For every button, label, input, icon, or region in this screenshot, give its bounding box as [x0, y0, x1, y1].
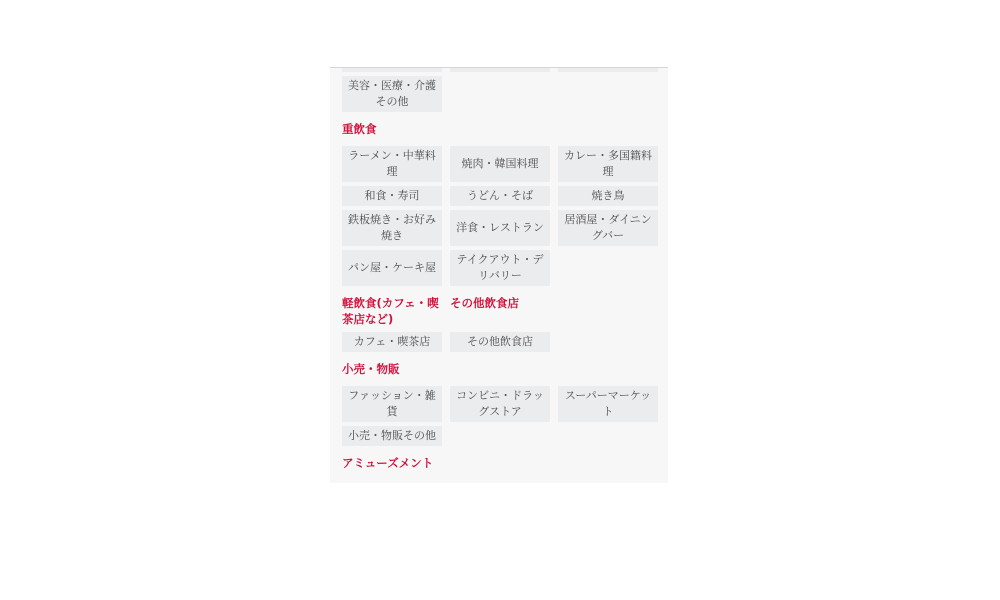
category-list: 鍼灸・整骨・接骨院 歯科 病院・クリニック 美容・医療・介護その他 重飲食 ラー… — [342, 67, 658, 480]
chip-western-restaurant[interactable]: 洋食・レストラン — [450, 210, 550, 246]
chip-label: 居酒屋・ダイニングバー — [562, 212, 654, 244]
chip-bakery-cake[interactable]: パン屋・ケーキ屋 — [342, 250, 442, 286]
chip-label: 鍼灸・整骨・接骨院 — [346, 67, 438, 70]
chip-dental[interactable]: 歯科 — [450, 67, 550, 72]
section-heading-other-dining: その他飲食店 — [450, 295, 550, 327]
chip-convenience-drugstore[interactable]: コンビニ・ドラッグストア — [450, 386, 550, 422]
section-heading-light-dining: 軽飲食(カフェ・喫茶店など) — [342, 295, 442, 327]
chip-yakiniku-korean[interactable]: 焼肉・韓国料理 — [450, 146, 550, 182]
chip-label: 洋食・レストラン — [456, 220, 544, 236]
chip-label: スーパーマーケット — [562, 388, 654, 420]
chip-ramen-chinese[interactable]: ラーメン・中華料理 — [342, 146, 442, 182]
category-panel: 鍼灸・整骨・接骨院 歯科 病院・クリニック 美容・医療・介護その他 重飲食 ラー… — [330, 67, 668, 483]
chip-label: 焼き鳥 — [592, 188, 625, 204]
chip-hospital-clinic[interactable]: 病院・クリニック — [558, 67, 658, 72]
chip-curry-ethnic[interactable]: カレー・多国籍料理 — [558, 146, 658, 182]
chip-takeout-delivery[interactable]: テイクアウト・デリバリー — [450, 250, 550, 286]
chip-label: 和食・寿司 — [365, 188, 420, 204]
chip-label: 美容・医療・介護その他 — [346, 78, 438, 110]
chip-japanese-sushi[interactable]: 和食・寿司 — [342, 186, 442, 206]
chip-label: ラーメン・中華料理 — [346, 148, 438, 180]
chip-label: コンビニ・ドラッグストア — [454, 388, 546, 420]
heading-row-light-dining: 軽飲食(カフェ・喫茶店など) その他飲食店 — [342, 295, 658, 327]
chip-grid-light-dining: カフェ・喫茶店 その他飲食店 — [342, 332, 658, 352]
chip-fashion-goods[interactable]: ファッション・雑貨 — [342, 386, 442, 422]
chip-retail-other[interactable]: 小売・物販その他 — [342, 426, 442, 446]
chip-label: その他飲食店 — [467, 334, 533, 350]
chip-yakitori[interactable]: 焼き鳥 — [558, 186, 658, 206]
chip-label: テイクアウト・デリバリー — [454, 252, 546, 284]
section-heading-retail: 小売・物販 — [342, 361, 442, 377]
chip-supermarket[interactable]: スーパーマーケット — [558, 386, 658, 422]
chip-label: カフェ・喫茶店 — [354, 334, 430, 350]
chip-label: 焼肉・韓国料理 — [462, 156, 539, 172]
chip-udon-soba[interactable]: うどん・そば — [450, 186, 550, 206]
chip-teppanyaki-okonomiyaki[interactable]: 鉄板焼き・お好み焼き — [342, 210, 442, 246]
chip-label: 小売・物販その他 — [348, 428, 436, 444]
chip-grid-medical: 鍼灸・整骨・接骨院 歯科 病院・クリニック 美容・医療・介護その他 — [342, 67, 658, 112]
chip-acupuncture[interactable]: 鍼灸・整骨・接骨院 — [342, 67, 442, 72]
chip-grid-heavy-dining: ラーメン・中華料理 焼肉・韓国料理 カレー・多国籍料理 和食・寿司 うどん・そば… — [342, 146, 658, 286]
chip-grid-retail: ファッション・雑貨 コンビニ・ドラッグストア スーパーマーケット 小売・物販その… — [342, 386, 658, 446]
chip-label: 鉄板焼き・お好み焼き — [346, 212, 438, 244]
chip-label: ファッション・雑貨 — [346, 388, 438, 420]
chip-cafe[interactable]: カフェ・喫茶店 — [342, 332, 442, 352]
chip-beauty-medical-other[interactable]: 美容・医療・介護その他 — [342, 76, 442, 112]
chip-izakaya-dining-bar[interactable]: 居酒屋・ダイニングバー — [558, 210, 658, 246]
section-heading-amusement: アミューズメント — [342, 455, 442, 471]
section-heading-heavy-dining: 重飲食 — [342, 121, 442, 137]
chip-label: カレー・多国籍料理 — [562, 148, 654, 180]
chip-label: パン屋・ケーキ屋 — [348, 260, 436, 276]
chip-other-dining[interactable]: その他飲食店 — [450, 332, 550, 352]
chip-label: うどん・そば — [467, 188, 533, 204]
